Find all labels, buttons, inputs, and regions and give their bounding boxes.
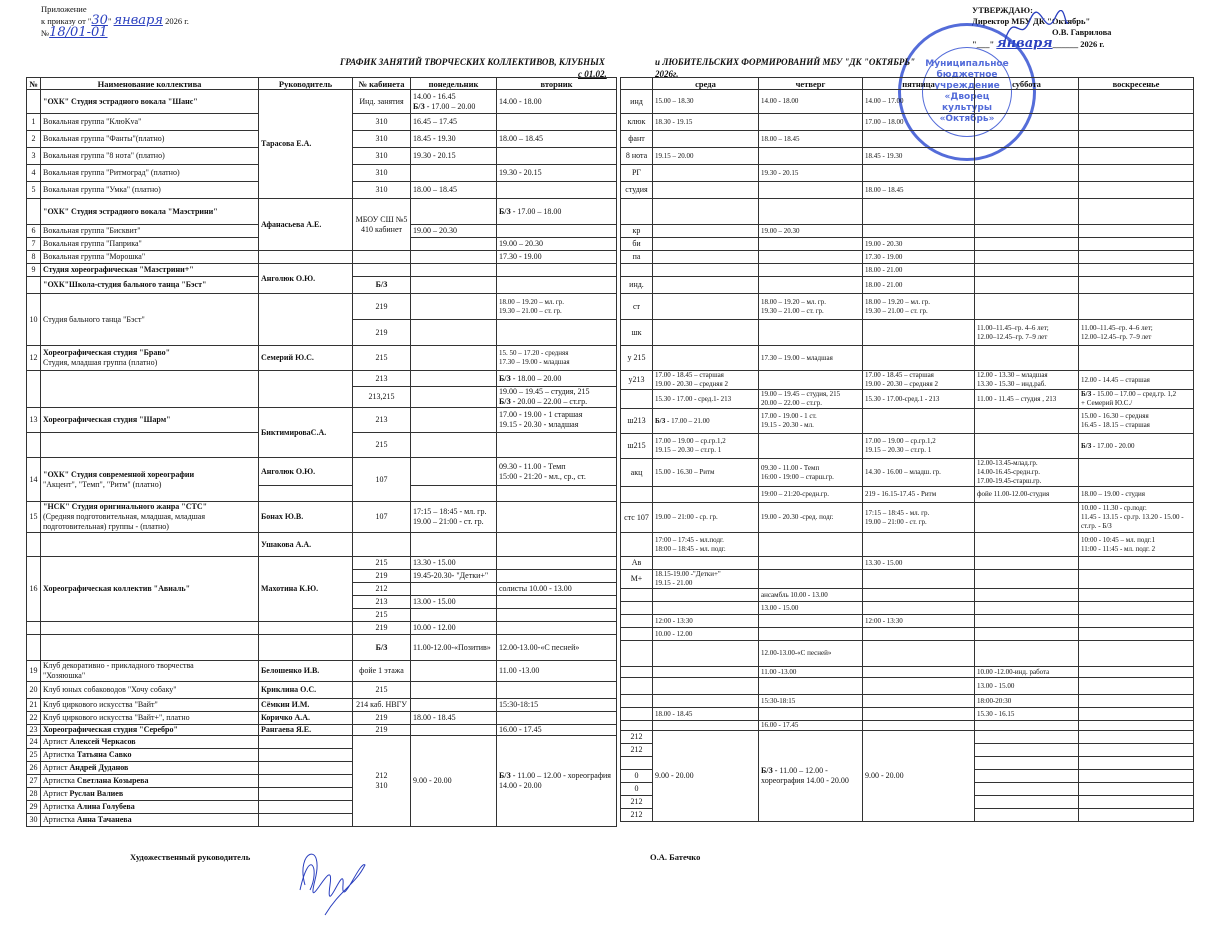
collective-name: Вокальная группа "Фанты"(платно) — [41, 131, 259, 148]
collective-name: Вокальная группа "КлюKva" — [41, 114, 259, 131]
tuesday-cell: 18.00 – 19.20 – мл. гр.19.30 – 21.00 – с… — [497, 294, 617, 320]
friday-cell — [863, 695, 975, 708]
thursday-cell — [759, 557, 863, 570]
sunday-cell — [1079, 678, 1194, 695]
room: фойе 1 этажа — [353, 661, 411, 682]
thursday-cell: 13.00 - 15.00 — [759, 602, 863, 615]
row-number: 9 — [27, 264, 41, 277]
room: 310 — [353, 114, 411, 131]
thursday-cell: 12.00-13.00-«С песней» — [759, 641, 863, 667]
table-row: 12Хореографическая студия "Браво"Студия,… — [27, 346, 617, 371]
thursday-cell — [759, 182, 863, 199]
friday-cell — [863, 628, 975, 641]
wednesday-cell — [653, 264, 759, 277]
tuesday-cell: 15:30-18:15 — [497, 699, 617, 712]
wednesday-cell: 17:00 – 17:45 - мл.подг.18:00 – 18:45 - … — [653, 533, 759, 557]
leader: Коричко А.А. — [259, 712, 353, 725]
wednesday-cell — [653, 346, 759, 371]
collective-name: Вокальная группа "Умка" (платно) — [41, 182, 259, 199]
sunday-cell — [1079, 459, 1194, 487]
collective-name — [41, 533, 259, 557]
friday-cell — [863, 570, 975, 589]
table-row: 10Студия бального танца "Бэст"21918.00 –… — [27, 294, 617, 320]
saturday-cell — [975, 615, 1079, 628]
thursday-cell — [759, 114, 863, 131]
monday-cell: 18.45 - 19.30 — [411, 131, 497, 148]
collective-name: "ОХК" Студия эстрадного вокала "Шанс" — [41, 90, 259, 114]
column-header: № — [27, 78, 41, 90]
page-title-left: ГРАФИК ЗАНЯТИЙ ТВОРЧЕСКИХ КОЛЛЕКТИВОВ, К… — [340, 57, 605, 67]
wednesday-cell — [653, 602, 759, 615]
friday-cell — [863, 320, 975, 346]
table-row: Ав13.30 - 15.00 — [621, 557, 1194, 570]
sunday-cell — [1079, 131, 1194, 148]
wednesday-cell: 19.00 – 21:00 - ср. гр. — [653, 503, 759, 533]
friday-cell: 9.00 - 20.00 — [863, 731, 975, 822]
table-row: 18.00 - 21.00 — [621, 264, 1194, 277]
room: Б/З — [353, 635, 411, 661]
table-row: 21Клуб циркового искусства "Вайт"Сёмкин … — [27, 699, 617, 712]
sunday-cell — [1079, 731, 1194, 744]
row-number: 21 — [27, 699, 41, 712]
room: 219 — [353, 320, 411, 346]
friday-cell: 18.00 - 21.00 — [863, 277, 975, 294]
row-number: 23 — [27, 725, 41, 736]
table-row: "ОХК" Студия эстрадного вокала "Маэстрин… — [27, 199, 617, 225]
column-header: среда — [653, 78, 759, 90]
table-row: 213Б/З - 18.00 – 20.00 — [27, 371, 617, 387]
leader — [259, 775, 353, 788]
table-row: 24Артист Алексей Черкасов2123109.00 - 20… — [27, 736, 617, 749]
room: 213 — [353, 371, 411, 387]
friday-cell — [863, 602, 975, 615]
leader: Белошенко И.В. — [259, 661, 353, 682]
table-row: шк11.00–11.45–гр. 4–6 лет;12.00–12.45–гр… — [621, 320, 1194, 346]
thursday-cell: 14.00 - 18.00 — [759, 90, 863, 114]
row-number: 28 — [27, 788, 41, 801]
row-number: 16 — [27, 557, 41, 622]
friday-cell — [863, 667, 975, 678]
group-code — [621, 487, 653, 503]
collective-title: Вокальная группа "Ритмоград" (платно) — [43, 168, 180, 177]
group-code: инд. — [621, 277, 653, 294]
wednesday-cell: 10.00 - 12.00 — [653, 628, 759, 641]
group-code — [621, 695, 653, 708]
table-row: 12.00-13.00-«С песней» — [621, 641, 1194, 667]
sunday-cell: 18.00 – 19.00 - студия — [1079, 487, 1194, 503]
monday-cell — [411, 486, 497, 502]
thursday-cell — [759, 628, 863, 641]
room: Инд. занятия — [353, 90, 411, 114]
group-code — [621, 390, 653, 409]
leader — [259, 635, 353, 661]
row-number: 25 — [27, 749, 41, 762]
table-row: 15"НСК" Студия оригинального жанра "СТС"… — [27, 502, 617, 533]
saturday-cell — [975, 90, 1079, 114]
leader — [259, 294, 353, 346]
saturday-cell — [975, 533, 1079, 557]
sunday-cell — [1079, 641, 1194, 667]
thursday-cell — [759, 678, 863, 695]
leader: Ушакова А.А. — [259, 533, 353, 557]
tuesday-cell — [497, 502, 617, 533]
group-code: Ав — [621, 557, 653, 570]
row-number: 14 — [27, 458, 41, 502]
wednesday-cell — [653, 165, 759, 182]
table-row: 8Вокальная группа "Морошка"17.30 - 19.00 — [27, 251, 617, 264]
thursday-cell: 19.00 - 20.30 -сред. подг. — [759, 503, 863, 533]
sunday-cell — [1079, 294, 1194, 320]
table-row: кр19.00 – 20.30 — [621, 225, 1194, 238]
row-number — [27, 199, 41, 225]
table-row: клюк18.30 - 19.1517.00 – 18.00 — [621, 114, 1194, 131]
wednesday-cell: 12:00 - 13:30 — [653, 615, 759, 628]
group-code: 212 — [621, 731, 653, 744]
column-header: № кабинета — [353, 78, 411, 90]
friday-cell — [863, 199, 975, 225]
collective-title: Клуб циркового искусства "Вайт+", платно — [43, 713, 190, 722]
wednesday-cell — [653, 667, 759, 678]
tuesday-cell — [497, 486, 617, 502]
collective-name — [41, 433, 259, 458]
thursday-cell — [759, 615, 863, 628]
thursday-cell: 19.30 - 20.15 — [759, 165, 863, 182]
room: 213,215 — [353, 387, 411, 408]
collective-title: Хореографическая студия "Серебро" — [43, 725, 178, 734]
monday-cell — [411, 699, 497, 712]
saturday-cell — [975, 131, 1079, 148]
thursday-cell — [759, 238, 863, 251]
row-number: 5 — [27, 182, 41, 199]
thursday-cell — [759, 371, 863, 390]
tuesday-cell — [497, 114, 617, 131]
group-code: 212 — [621, 744, 653, 757]
group-code: шк — [621, 320, 653, 346]
table-row: студия18.00 – 18.45 — [621, 182, 1194, 199]
sunday-cell — [1079, 264, 1194, 277]
row-number: 12 — [27, 346, 41, 371]
saturday-cell — [975, 114, 1079, 131]
artist-name: Артистка Алина Голубева — [41, 801, 259, 814]
table-row: ш21517.00 – 19.00 – ср.гр.1,219.15 – 20.… — [621, 434, 1194, 459]
collective-title: Студия хореографическая "Маэстрини+" — [43, 265, 194, 274]
row-number: 29 — [27, 801, 41, 814]
wednesday-cell — [653, 199, 759, 225]
thursday-cell: ансамбль 10.00 - 13.00 — [759, 589, 863, 602]
table-row: инд.18.00 - 21.00 — [621, 277, 1194, 294]
wednesday-cell: 17.00 – 19.00 – ср.гр.1,219.15 – 20.30 –… — [653, 434, 759, 459]
collective-name: "ОХК" Студия современной хореографии"Акц… — [41, 458, 259, 502]
monday-cell — [411, 433, 497, 458]
monday-cell: 19.30 - 20.15 — [411, 148, 497, 165]
wednesday-cell — [653, 721, 759, 731]
wednesday-cell: 19.15 – 20.00 — [653, 148, 759, 165]
monday-cell: 10.00 - 12.00 — [411, 622, 497, 635]
wednesday-cell: 15.00 – 18.30 — [653, 90, 759, 114]
row-number: 1 — [27, 114, 41, 131]
row-number — [27, 635, 41, 661]
row-number: 27 — [27, 775, 41, 788]
monday-cell: 18.00 – 18.45 — [411, 182, 497, 199]
thursday-cell: 19.00 – 20.30 — [759, 225, 863, 238]
table-row: М+18.15-19.00 -"Детки+"19.15 - 21.00 — [621, 570, 1194, 589]
thursday-cell — [759, 264, 863, 277]
friday-cell: 17.00 - 18.45 – старшая19.00 - 20.30 – с… — [863, 371, 975, 390]
collective-name: "ОХК"Школа-студия бального танца "Бэст" — [41, 277, 259, 294]
table-row: 11.00 -13.0010.00 -12.00-инд. работа — [621, 667, 1194, 678]
group-code — [621, 602, 653, 615]
leader — [259, 251, 353, 264]
room: 215 — [353, 682, 411, 699]
tuesday-cell: Б/З - 17.00 – 18.00 — [497, 199, 617, 225]
sunday-cell: Б/З - 15.00 – 17.00 – сред.гр. 1,2+ Семе… — [1079, 390, 1194, 409]
saturday-cell — [975, 503, 1079, 533]
tuesday-cell — [497, 622, 617, 635]
sunday-cell — [1079, 238, 1194, 251]
tuesday-cell — [497, 433, 617, 458]
tuesday-cell — [497, 225, 617, 238]
sunday-cell — [1079, 783, 1194, 796]
thursday-cell: Б/З - 11.00 – 12.00 - хореография 14.00 … — [759, 731, 863, 822]
saturday-cell — [975, 783, 1079, 796]
saturday-cell — [975, 434, 1079, 459]
table-row — [621, 199, 1194, 225]
sunday-cell — [1079, 708, 1194, 721]
group-code: у 215 — [621, 346, 653, 371]
room: 219 — [353, 294, 411, 320]
room: 219 — [353, 570, 411, 583]
sunday-cell — [1079, 757, 1194, 770]
saturday-cell: 11.00 - 11.45 – студия , 213 — [975, 390, 1079, 409]
sunday-cell — [1079, 225, 1194, 238]
table-row: ш213Б/З - 17.00 – 21.0017.00 - 19.00 - 1… — [621, 409, 1194, 434]
table-row: 19:00 – 21:20-средн.гр.219 - 16.15-17.45… — [621, 487, 1194, 503]
saturday-cell — [975, 277, 1079, 294]
tuesday-cell — [497, 682, 617, 699]
saturday-cell — [975, 557, 1079, 570]
room: 219 — [353, 622, 411, 635]
table-row: 2129.00 - 20.00Б/З - 11.00 – 12.00 - хор… — [621, 731, 1194, 744]
group-code: би — [621, 238, 653, 251]
tuesday-cell: 17.30 - 19.00 — [497, 251, 617, 264]
saturday-cell — [975, 770, 1079, 783]
sunday-cell — [1079, 114, 1194, 131]
row-number: 19 — [27, 661, 41, 682]
collective-name: Вокальная группа "8 нота" (платно) — [41, 148, 259, 165]
wednesday-cell: 9.00 - 20.00 — [653, 731, 759, 822]
monday-cell — [411, 251, 497, 264]
room — [353, 264, 411, 277]
leader — [259, 736, 353, 749]
collective-name: "ОХК" Студия эстрадного вокала "Маэстрин… — [41, 199, 259, 225]
table-row: 13Хореографическая студия "Шарм"Биктимир… — [27, 408, 617, 433]
column-header: Руководитель — [259, 78, 353, 90]
wednesday-cell: 18.15-19.00 -"Детки+"19.15 - 21.00 — [653, 570, 759, 589]
sunday-cell — [1079, 667, 1194, 678]
wednesday-cell — [653, 678, 759, 695]
saturday-cell — [975, 165, 1079, 182]
friday-cell — [863, 131, 975, 148]
room: 310 — [353, 148, 411, 165]
leader — [259, 762, 353, 775]
collective-title: Вокальная группа "Паприка" — [43, 239, 142, 248]
room: 310 — [353, 182, 411, 199]
wednesday-cell — [653, 277, 759, 294]
leader — [259, 788, 353, 801]
table-row: 22Клуб циркового искусства "Вайт+", плат… — [27, 712, 617, 725]
monday-cell — [411, 661, 497, 682]
tuesday-cell — [497, 277, 617, 294]
friday-cell: 17.30 - 19.00 — [863, 251, 975, 264]
saturday-cell — [975, 570, 1079, 589]
room: 212310 — [353, 736, 411, 827]
collective-title: "ОХК" Студия современной хореографии — [43, 470, 194, 479]
table-row: 17:00 – 17:45 - мл.подг.18:00 – 18:45 - … — [621, 533, 1194, 557]
column-header: вторник — [497, 78, 617, 90]
saturday-cell: фойе 11.00-12.00-студия — [975, 487, 1079, 503]
saturday-cell — [975, 148, 1079, 165]
collective-name: Клуб циркового искусства "Вайт+", платно — [41, 712, 259, 725]
artist-name: Артист Руслан Валиев — [41, 788, 259, 801]
room: 310 — [353, 131, 411, 148]
friday-cell — [863, 589, 975, 602]
monday-cell: 16.45 – 17.45 — [411, 114, 497, 131]
friday-cell — [863, 165, 975, 182]
collective-name: Хореографическая студия "Серебро" — [41, 725, 259, 736]
table-row: ансамбль 10.00 - 13.00 — [621, 589, 1194, 602]
leader: Бонах Ю.В. — [259, 502, 353, 533]
saturday-cell — [975, 346, 1079, 371]
table-row: 10.00 - 12.00 — [621, 628, 1194, 641]
leader: Криклина О.С. — [259, 682, 353, 699]
sunday-cell — [1079, 570, 1194, 589]
page-title-right: и ЛЮБИТЕЛЬСКИХ ФОРМИРОВАНИЙ МБУ "ДК "ОКТ… — [655, 57, 915, 67]
collective-name — [41, 635, 259, 661]
thursday-cell: 18.00 – 18.45 — [759, 131, 863, 148]
artist-name: Артистка Анна Тачанева — [41, 814, 259, 827]
monday-cell — [411, 320, 497, 346]
friday-cell: 17:15 – 18:45 - мл. гр.19.00 – 21:00 - с… — [863, 503, 975, 533]
sunday-cell — [1079, 695, 1194, 708]
group-code: ш213 — [621, 409, 653, 434]
row-number: 24 — [27, 736, 41, 749]
wednesday-cell — [653, 320, 759, 346]
row-number: 26 — [27, 762, 41, 775]
friday-cell: 18.00 - 21.00 — [863, 264, 975, 277]
collective-name: Студия бального танца "Бэст" — [41, 294, 259, 346]
room: 310 — [353, 165, 411, 182]
table-row: 23Хореографическая студия "Серебро"Ранга… — [27, 725, 617, 736]
artist-name: Артист Алексей Черкасов — [41, 736, 259, 749]
sunday-cell: Б/З - 17.00 - 20.00 — [1079, 434, 1194, 459]
monday-cell — [411, 387, 497, 408]
tuesday-cell: 18.00 – 18.45 — [497, 131, 617, 148]
leader: Тарасова Е.А. — [259, 90, 353, 199]
saturday-cell — [975, 641, 1079, 667]
thursday-cell: 19:00 – 21:20-средн.гр. — [759, 487, 863, 503]
saturday-cell — [975, 264, 1079, 277]
monday-cell — [411, 725, 497, 736]
saturday-cell — [975, 182, 1079, 199]
collective-title: Хореографическая студия "Шарм" — [43, 415, 171, 424]
room: 215 — [353, 609, 411, 622]
friday-cell: 219 - 16.15-17.45 - Ритм — [863, 487, 975, 503]
saturday-cell: 18:00-20:30 — [975, 695, 1079, 708]
monday-cell — [411, 199, 497, 225]
monday-cell: 17:15 – 18:45 - мл. гр.19.00 – 21:00 - с… — [411, 502, 497, 533]
monday-cell — [411, 458, 497, 486]
saturday-cell — [975, 238, 1079, 251]
column-header: Наименование коллектива — [41, 78, 259, 90]
group-code: у213 — [621, 371, 653, 390]
table-row: у21317.00 - 18.45 – старшая19.00 - 20.30… — [621, 371, 1194, 390]
monday-cell — [411, 408, 497, 433]
wednesday-cell — [653, 589, 759, 602]
collective-title: Вокальная группа "Бисквит" — [43, 226, 141, 235]
collective-subtitle: (Средняя подготовительная, младшая, млад… — [43, 512, 205, 531]
saturday-cell — [975, 628, 1079, 641]
room: 212 — [353, 583, 411, 596]
saturday-cell — [975, 589, 1079, 602]
monday-cell: 11.00-12.00-«Позитив» — [411, 635, 497, 661]
saturday-cell — [975, 602, 1079, 615]
wednesday-cell: 15.30 - 17.00 - сред.1- 213 — [653, 390, 759, 409]
wednesday-cell — [653, 641, 759, 667]
tuesday-cell: 16.00 - 17.45 — [497, 725, 617, 736]
group-code: па — [621, 251, 653, 264]
group-code: клюк — [621, 114, 653, 131]
thursday-cell: 15:30-18:15 — [759, 695, 863, 708]
row-number: 8 — [27, 251, 41, 264]
thursday-cell — [759, 199, 863, 225]
table-row: 20Клуб юных собаководов "Хочу собаку"Кри… — [27, 682, 617, 699]
row-number: 20 — [27, 682, 41, 699]
friday-cell: 17.00 – 18.00 — [863, 114, 975, 131]
order-number: №18/01-01 — [41, 27, 189, 39]
row-number: 13 — [27, 408, 41, 433]
sunday-cell — [1079, 251, 1194, 264]
group-code: фант — [621, 131, 653, 148]
saturday-cell: 11.00–11.45–гр. 4–6 лет;12.00–12.45–гр. … — [975, 320, 1079, 346]
collective-subtitle: "Хозяюшка" — [43, 671, 85, 680]
column-header: суббота — [975, 78, 1079, 90]
friday-cell: 18.45 - 19.30 — [863, 148, 975, 165]
leader: Махотина К.Ю. — [259, 557, 353, 622]
saturday-cell: 12.00 - 13.30 – младшая13.30 - 15.30 – и… — [975, 371, 1079, 390]
saturday-cell — [975, 731, 1079, 744]
group-code: 8 нота — [621, 148, 653, 165]
monday-cell: 14.00 - 16.45Б/З - 17.00 – 20.00 — [411, 90, 497, 114]
table-row: 21910.00 - 12.00 — [27, 622, 617, 635]
group-code: стс 107 — [621, 503, 653, 533]
tuesday-cell — [497, 609, 617, 622]
leader — [259, 486, 353, 502]
sunday-cell — [1079, 90, 1194, 114]
group-code: РГ — [621, 165, 653, 182]
collective-name: Клуб юных собаководов "Хочу собаку" — [41, 682, 259, 699]
group-code — [621, 641, 653, 667]
sunday-cell: 10.00 - 11.30 - ср.подг.11.45 - 13.15 - … — [1079, 503, 1194, 533]
friday-cell — [863, 409, 975, 434]
wednesday-cell — [653, 131, 759, 148]
wednesday-cell — [653, 695, 759, 708]
collective-title: Вокальная группа "8 нота" (платно) — [43, 151, 165, 160]
row-number — [27, 277, 41, 294]
monday-cell — [411, 583, 497, 596]
monday-cell — [411, 277, 497, 294]
sunday-cell: 12.00 - 14.45 – старшая — [1079, 371, 1194, 390]
row-number: 30 — [27, 814, 41, 827]
